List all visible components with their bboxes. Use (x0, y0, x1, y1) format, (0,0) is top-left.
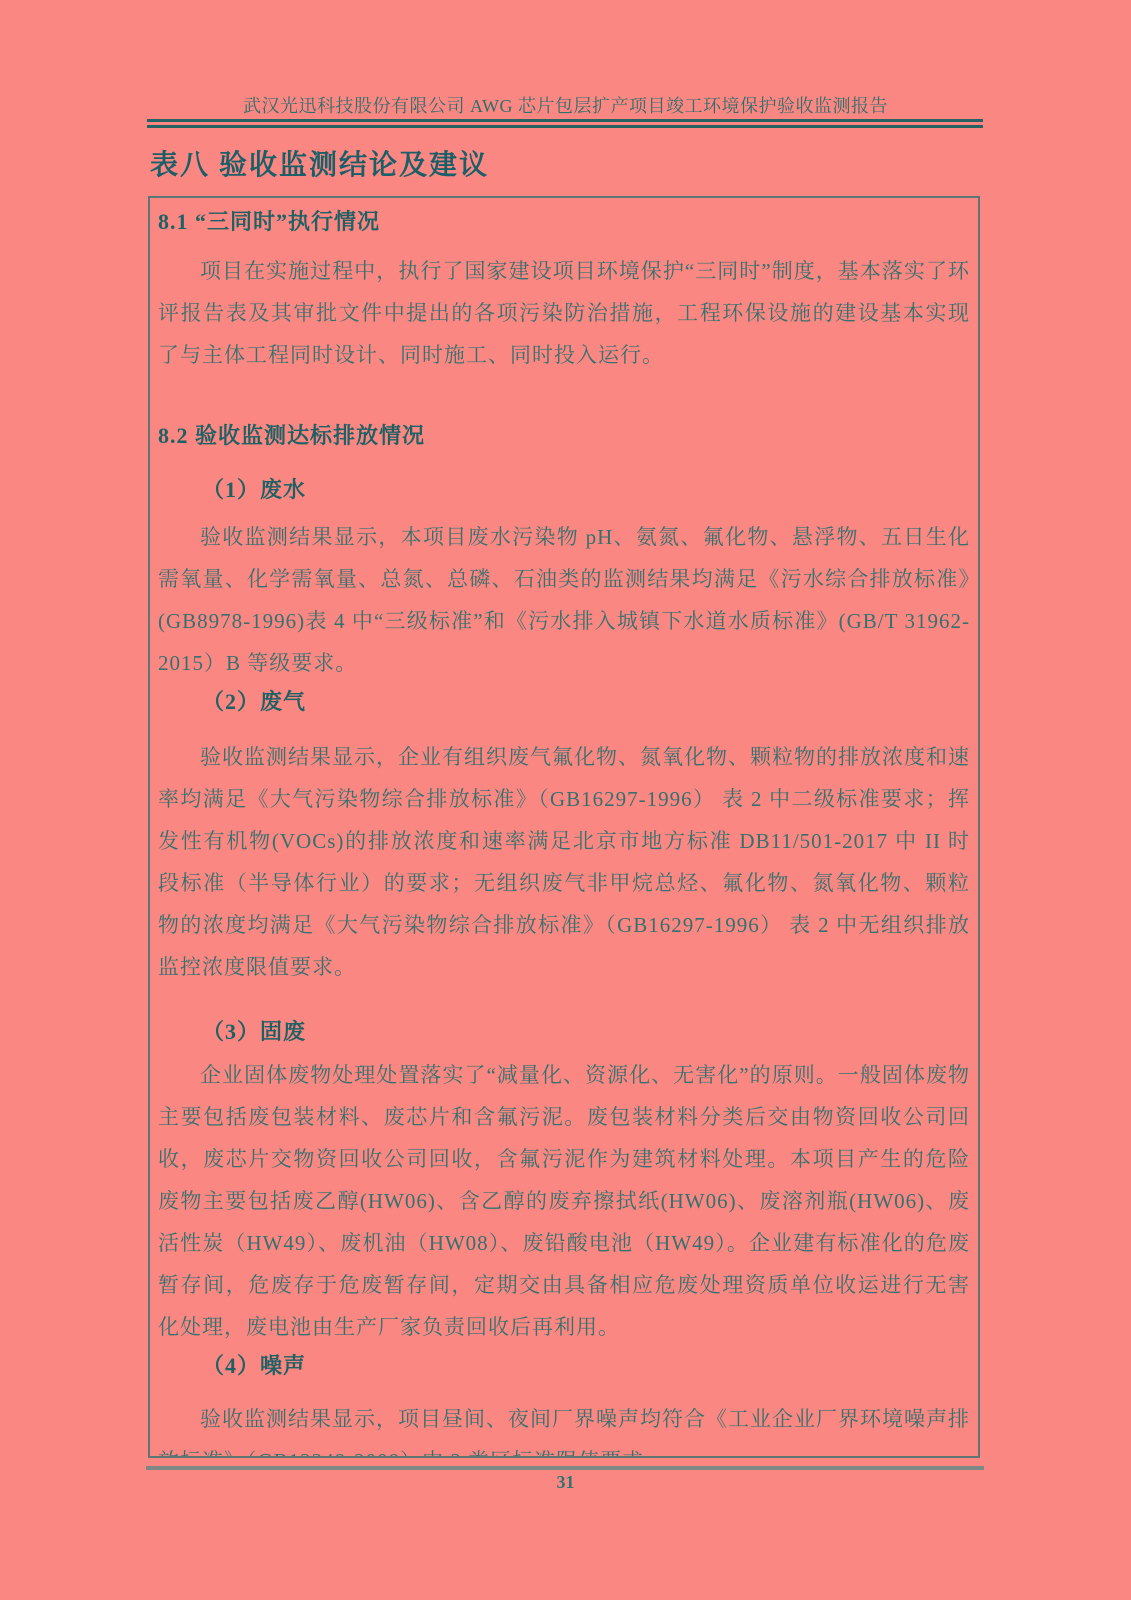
section-8-1-paragraph: 项目在实施过程中，执行了国家建设项目环境保护“三同时”制度，基本落实了环评报告表… (158, 250, 970, 376)
section-8-2-heading: 8.2 验收监测达标排放情况 (158, 418, 970, 454)
document-header-title: 武汉光迅科技股份有限公司 AWG 芯片包层扩产项目竣工环境保护验收监测报告 (0, 92, 1131, 118)
waste-gas-label: （2）废气 (158, 684, 970, 720)
page-number: 31 (0, 1472, 1131, 1493)
document-page: 武汉光迅科技股份有限公司 AWG 芯片包层扩产项目竣工环境保护验收监测报告 表八… (0, 0, 1131, 1600)
solid-waste-paragraph: 企业固体废物处理处置落实了“减量化、资源化、无害化”的原则。一般固体废物主要包括… (158, 1054, 970, 1348)
footer-rule (146, 1466, 984, 1470)
header-double-rule (147, 119, 983, 128)
page-title: 表八 验收监测结论及建议 (150, 143, 489, 183)
waste-gas-paragraph: 验收监测结果显示，企业有组织废气氟化物、氮氧化物、颗粒物的排放浓度和速率均满足《… (158, 736, 970, 988)
section-8-1-heading: 8.1 “三同时”执行情况 (158, 204, 970, 240)
content-box: 8.1 “三同时”执行情况 项目在实施过程中，执行了国家建设项目环境保护“三同时… (148, 196, 980, 1458)
wastewater-label: （1）废水 (158, 472, 970, 508)
solid-waste-label: （3）固废 (158, 1014, 970, 1050)
noise-label: （4）噪声 (158, 1348, 970, 1384)
noise-paragraph: 验收监测结果显示，项目昼间、夜间厂界噪声均符合《工业企业厂界环境噪声排放标准》（… (158, 1398, 970, 1458)
wastewater-paragraph: 验收监测结果显示，本项目废水污染物 pH、氨氮、氟化物、悬浮物、五日生化需氧量、… (158, 516, 970, 684)
